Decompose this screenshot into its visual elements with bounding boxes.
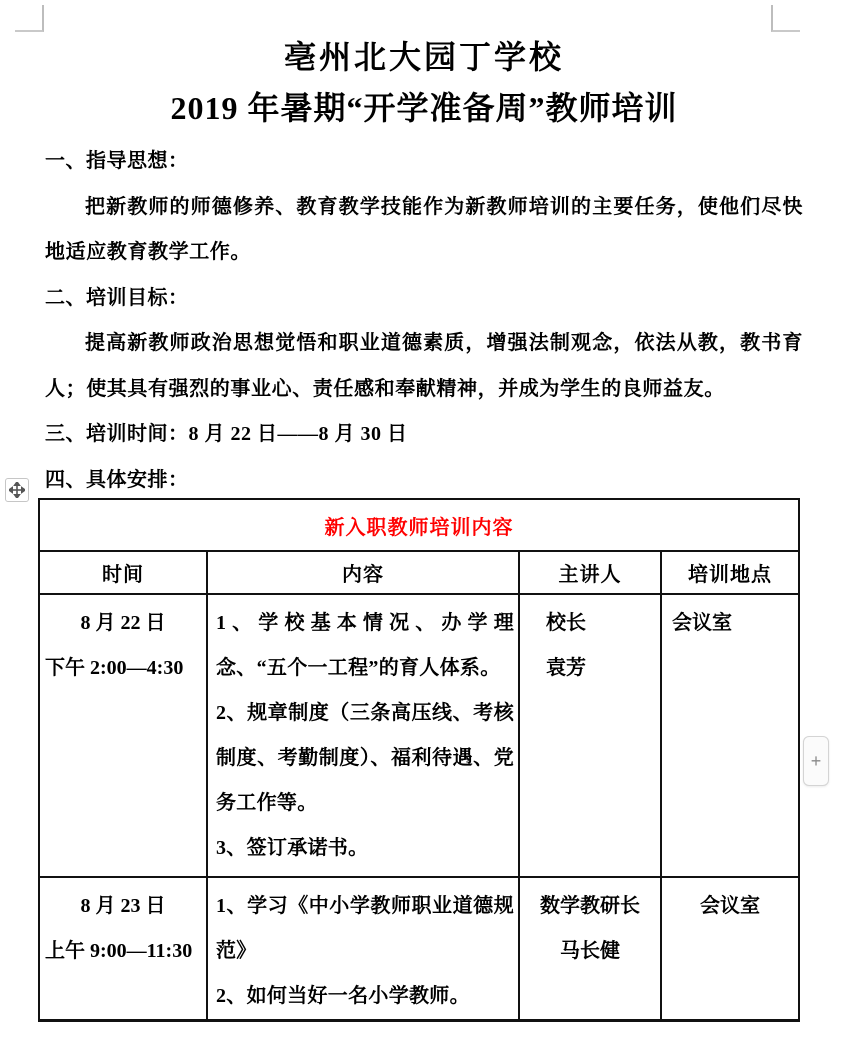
session-date: 8 月 22 日 [40, 601, 206, 646]
cell-location: 会议室 [661, 877, 799, 1021]
table-row: 8 月 23 日 上午 9:00—11:30 1、学习《中小学教师职业道德规范》… [39, 877, 799, 1021]
doc-subtitle: 2019 年暑期“开学准备周”教师培训 [45, 84, 803, 132]
section-heading: 三、培训时间： [45, 423, 189, 445]
location: 会议室 [662, 601, 798, 646]
section-heading: 一、指导思想： [45, 139, 803, 185]
cell-location: 会议室 [661, 594, 799, 877]
session-date: 8 月 23 日 [40, 884, 206, 929]
training-table-container: 新入职教师培训内容 时间 内容 主讲人 培训地点 8 月 22 日 下午 2:0… [38, 498, 800, 1022]
table-title-row: 新入职教师培训内容 [39, 499, 799, 551]
page-margin-mark-right [771, 5, 800, 32]
move-icon [9, 482, 25, 498]
section-heading: 二、培训目标： [45, 276, 803, 322]
content-item: 1、学校基本情况、办学理念、“五个一工程”的育人体系。 [216, 601, 514, 691]
cell-time: 8 月 22 日 下午 2:00—4:30 [39, 594, 207, 877]
section-schedule: 四、具体安排： [45, 458, 803, 504]
speaker-name: 袁芳 [520, 646, 660, 691]
doc-sections: 一、指导思想： 把新教师的师德修养、教育教学技能作为新教师培训的主要任务，使他们… [45, 139, 803, 503]
table-row: 8 月 22 日 下午 2:00—4:30 1、学校基本情况、办学理念、“五个一… [39, 594, 799, 877]
document-page: 亳州北大园丁学校 2019 年暑期“开学准备周”教师培训 一、指导思想： 把新教… [0, 0, 850, 1057]
content-item: 2、如何当好一名小学教师。 [216, 974, 514, 1019]
cell-time: 8 月 23 日 上午 9:00—11:30 [39, 877, 207, 1021]
document-body: 亳州北大园丁学校 2019 年暑期“开学准备周”教师培训 一、指导思想： 把新教… [45, 30, 803, 503]
cell-speaker: 校长 袁芳 [519, 594, 661, 877]
section-training-time: 三、培训时间：8 月 22 日——8 月 30 日 [45, 412, 803, 458]
table-move-handle[interactable] [5, 478, 29, 502]
content-item: 2、规章制度（三条高压线、考核制度、考勤制度）、福利待遇、党务工作等。 [216, 691, 514, 826]
section-paragraph: 把新教师的师德修养、教育教学技能作为新教师培训的主要任务，使他们尽快地适应教育教… [45, 185, 803, 276]
training-time-value: 8 月 22 日——8 月 30 日 [189, 423, 408, 445]
cell-content: 1、学校基本情况、办学理念、“五个一工程”的育人体系。 2、规章制度（三条高压线… [207, 594, 519, 877]
column-header-content: 内容 [207, 551, 519, 594]
doc-title: 亳州北大园丁学校 [45, 30, 803, 84]
table-title: 新入职教师培训内容 [325, 517, 514, 539]
content-item: 3、签订承诺书。 [216, 826, 514, 871]
section-guiding-thought: 一、指导思想： 把新教师的师德修养、教育教学技能作为新教师培训的主要任务，使他们… [45, 139, 803, 276]
plus-icon: + [811, 751, 822, 772]
insert-plus-button[interactable]: + [803, 736, 829, 786]
training-table: 新入职教师培训内容 时间 内容 主讲人 培训地点 8 月 22 日 下午 2:0… [38, 498, 800, 1022]
content-item: 1、学习《中小学教师职业道德规范》 [216, 884, 514, 974]
column-header-speaker: 主讲人 [519, 551, 661, 594]
table-header-row: 时间 内容 主讲人 培训地点 [39, 551, 799, 594]
speaker-name: 马长健 [520, 929, 660, 974]
cell-content: 1、学习《中小学教师职业道德规范》 2、如何当好一名小学教师。 [207, 877, 519, 1021]
column-header-location: 培训地点 [661, 551, 799, 594]
speaker-title: 校长 [520, 601, 660, 646]
session-time: 上午 9:00—11:30 [40, 929, 206, 974]
page-margin-mark-left [15, 5, 44, 32]
location: 会议室 [662, 884, 798, 929]
session-time: 下午 2:00—4:30 [40, 646, 206, 691]
section-heading: 四、具体安排： [45, 458, 803, 504]
section-paragraph: 提高新教师政治思想觉悟和职业道德素质，增强法制观念，依法从教，教书育人；使其具有… [45, 321, 803, 412]
cell-speaker: 数学教研长 马长健 [519, 877, 661, 1021]
section-training-goal: 二、培训目标： 提高新教师政治思想觉悟和职业道德素质，增强法制观念，依法从教，教… [45, 276, 803, 413]
column-header-time: 时间 [39, 551, 207, 594]
speaker-title: 数学教研长 [520, 884, 660, 929]
